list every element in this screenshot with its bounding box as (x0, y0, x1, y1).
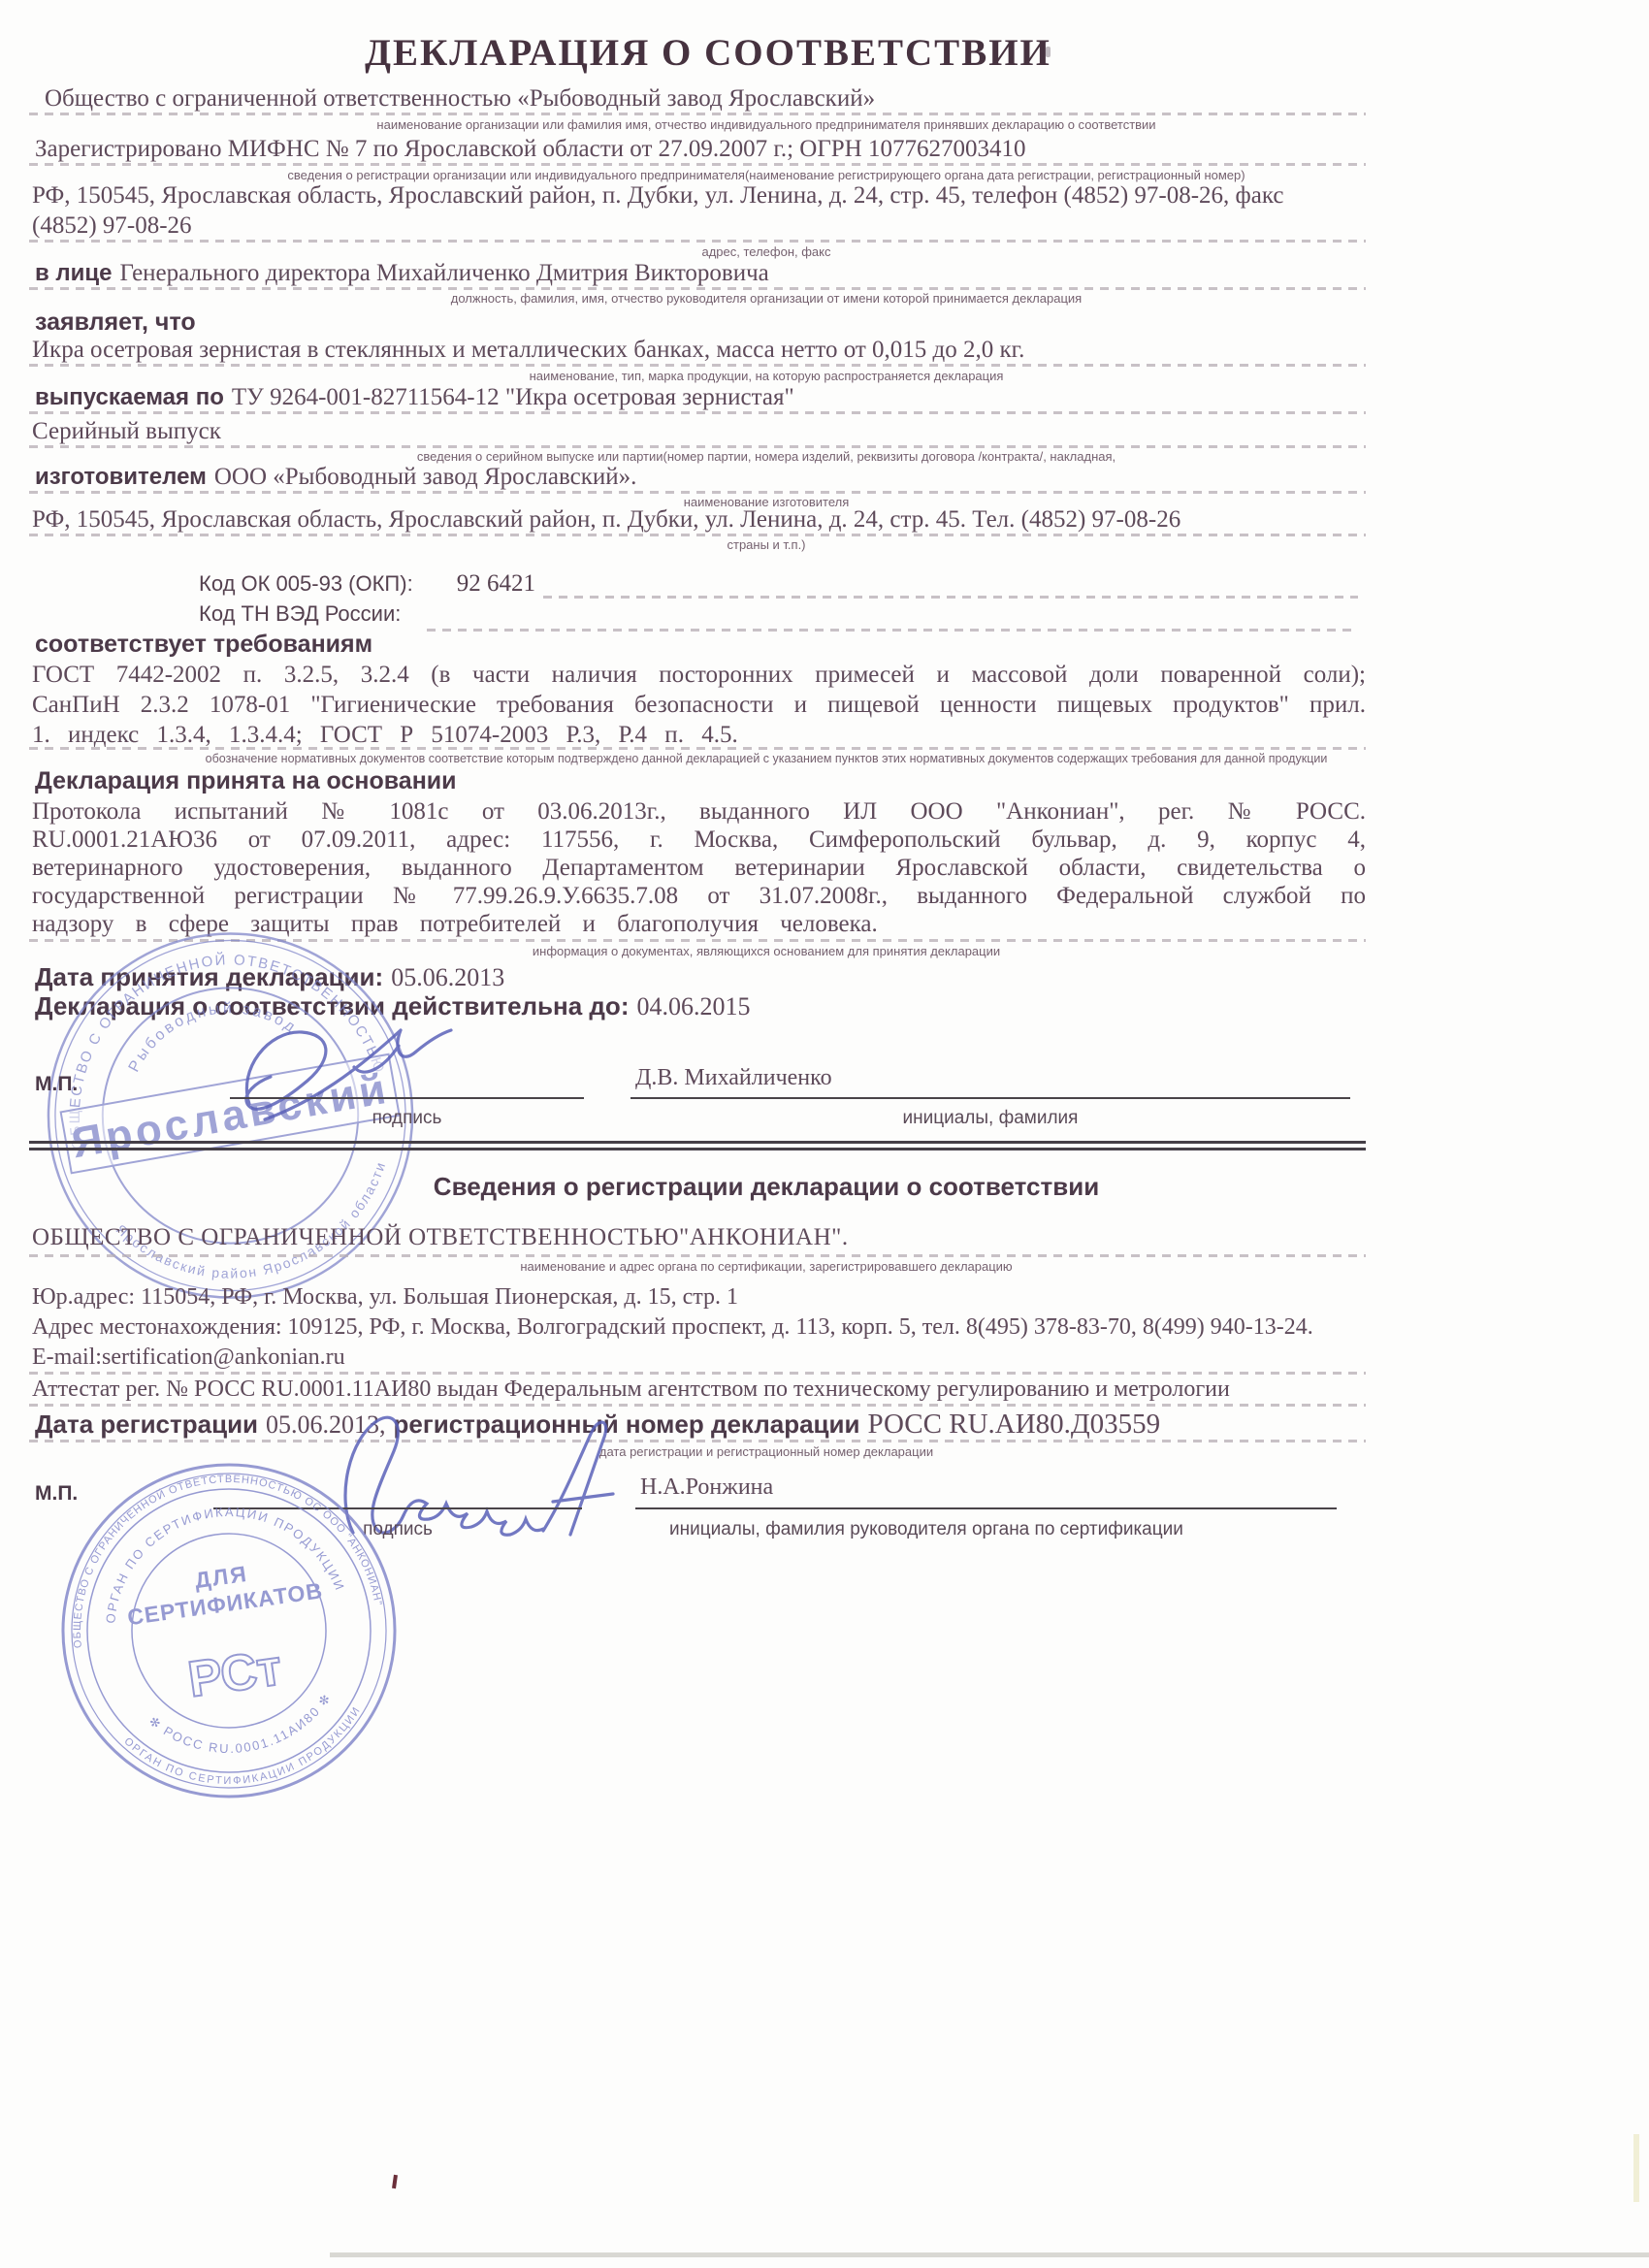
form-rule (29, 1254, 1366, 1257)
rst-logo: РСт (184, 1639, 285, 1708)
attestation-line: Аттестат рег. № РОСС RU.0001.11АИ80 выда… (32, 1377, 1230, 1403)
form-rule (29, 1404, 1366, 1407)
form-rule (29, 534, 1366, 536)
scan-edge-streak (1633, 2134, 1639, 2202)
signatory-name-2: Н.А.Ронжина (640, 1474, 773, 1501)
cert-stamp-group: ОБЩЕСТВО С ОГРАНИЧЕННОЙ ОТВЕТСТВЕННОСТЬЮ… (58, 1460, 400, 1801)
okp-code-line: Код ОК 005-93 (ОКП):92 6421 (199, 570, 535, 598)
page-title: ДЕКЛАРАЦИЯ О СООТВЕТСТВИИ (29, 31, 1387, 75)
in-face-text: Генерального директора Михайличенко Дмит… (120, 260, 769, 286)
declarant-org-line: Общество с ограниченной ответственностью… (45, 85, 875, 113)
declarant-org-caption: наименование организации или фамилия имя… (165, 117, 1368, 132)
registration-number-value: РОСС RU.АИ80.Д03559 (868, 1409, 1161, 1440)
form-rule (29, 1372, 1366, 1375)
issued-text: ТУ 9264-001-82711564-12 "Икра осетровая … (232, 384, 794, 410)
cert-body-email: E-mail:sertification@ankonian.ru (32, 1345, 345, 1371)
form-rule (29, 163, 1366, 166)
name-line-1 (630, 1097, 1350, 1099)
signature2-flourish (543, 1422, 613, 1535)
signature-caption-1: подпись (230, 1108, 584, 1129)
form-rule (29, 113, 1366, 115)
form-rule (29, 364, 1366, 367)
conforms-text: ГОСТ 7442-2002 п. 3.2.5, 3.2.4 (в части … (32, 660, 1366, 750)
scan-mark (1046, 47, 1051, 57)
initials-caption-1: инициалы, фамилия (630, 1108, 1350, 1129)
declaration-document: ДЕКЛАРАЦИЯ О СООТВЕТСТВИИ Общество с огр… (0, 0, 1649, 2268)
declarant-address-line1: РФ, 150545, Ярославская область, Ярослав… (32, 182, 1283, 210)
cert-body-legal-address: Юр.адрес: 115054, РФ, г. Москва, ул. Бол… (32, 1284, 738, 1311)
signatory-name-1: Д.В. Михайличенко (635, 1065, 832, 1091)
in-face-caption: должность, фамилия, имя, отчество руково… (165, 291, 1368, 306)
declares-heading: заявляет, что (35, 308, 196, 337)
in-face-line: в лицеГенерального директора Михайличенк… (35, 260, 769, 287)
form-rule (29, 445, 1366, 448)
form-rule (29, 1440, 1366, 1442)
signature-line-1 (230, 1097, 584, 1099)
cert-body-location-address: Адрес местонахождения: 109125, РФ, г. Мо… (32, 1314, 1313, 1341)
conforms-heading: соответствует требованиям (35, 631, 372, 659)
form-rule (427, 629, 1358, 632)
issued-line: выпускаемая поТУ 9264-001-82711564-12 "И… (35, 384, 794, 411)
form-rule (29, 491, 1366, 494)
serial-line: Серийный выпуск (32, 418, 221, 445)
registration-line: Зарегистрировано МИФНС № 7 по Ярославско… (35, 136, 1025, 163)
initials-caption-2: инициалы, фамилия руководителя органа по… (669, 1519, 1183, 1540)
conforms-caption: обозначение нормативных документов соотв… (87, 752, 1445, 765)
form-rule (29, 411, 1366, 414)
manufacturer-text: ООО «Рыбоводный завод Ярославский». (214, 464, 637, 490)
form-rule (29, 240, 1366, 243)
basis-text: Протокола испытаний № 1081с от 03.06.201… (32, 797, 1366, 938)
cert-body-round-stamp: ОБЩЕСТВО С ОГРАНИЧЕННОЙ ОТВЕТСТВЕННОСТЬЮ… (58, 1460, 400, 1801)
form-rule (29, 287, 1366, 290)
manufacturer-address-caption: страны и т.п.) (165, 537, 1368, 552)
manufacturer-label: изготовителем (35, 464, 207, 490)
name-line-2 (635, 1507, 1337, 1509)
issued-label: выпускаемая по (35, 384, 224, 410)
valid-until-value: 04.06.2015 (636, 992, 750, 1021)
scan-edge-smudge (330, 2252, 1649, 2257)
cert-body-org-line: ОБЩЕСТВО С ОГРАНИЧЕННОЙ ОТВЕТСТВЕННОСТЬЮ… (32, 1224, 849, 1251)
basis-heading: Декларация принята на основании (35, 767, 457, 795)
form-rule (29, 747, 1366, 750)
okp-label: Код ОК 005-93 (ОКП): (199, 571, 413, 596)
registration-section-title: Сведения о регистрации декларации о соот… (97, 1172, 1436, 1202)
section-divider (29, 1141, 1366, 1150)
manufacturer-address-line: РФ, 150545, Ярославская область, Ярослав… (32, 506, 1180, 534)
stamp-place-label-1: М.П. (35, 1073, 78, 1096)
product-caption: наименование, тип, марка продукции, на к… (165, 369, 1368, 383)
cert-body-org-caption: наименование и адрес органа по сертифика… (165, 1259, 1368, 1274)
declarant-address-line2: (4852) 97-08-26 (32, 212, 192, 240)
product-line: Икра осетровая зернистая в стеклянных и … (32, 337, 1024, 364)
form-rule (543, 596, 1358, 599)
in-face-label: в лице (35, 260, 113, 286)
registration-date-label: Дата регистрации (35, 1409, 258, 1439)
manufacturer-line: изготовителемООО «Рыбоводный завод Яросл… (35, 464, 636, 491)
serial-caption: сведения о серийном выпуске или партии(н… (165, 449, 1368, 464)
tnved-label: Код ТН ВЭД России: (199, 601, 401, 627)
signature-flourish (265, 1030, 451, 1119)
address-caption: адрес, телефон, факс (165, 244, 1368, 259)
registration-caption: сведения о регистрации организации или и… (165, 168, 1368, 182)
scan-speck (392, 2175, 398, 2188)
okp-value: 92 6421 (457, 570, 535, 597)
